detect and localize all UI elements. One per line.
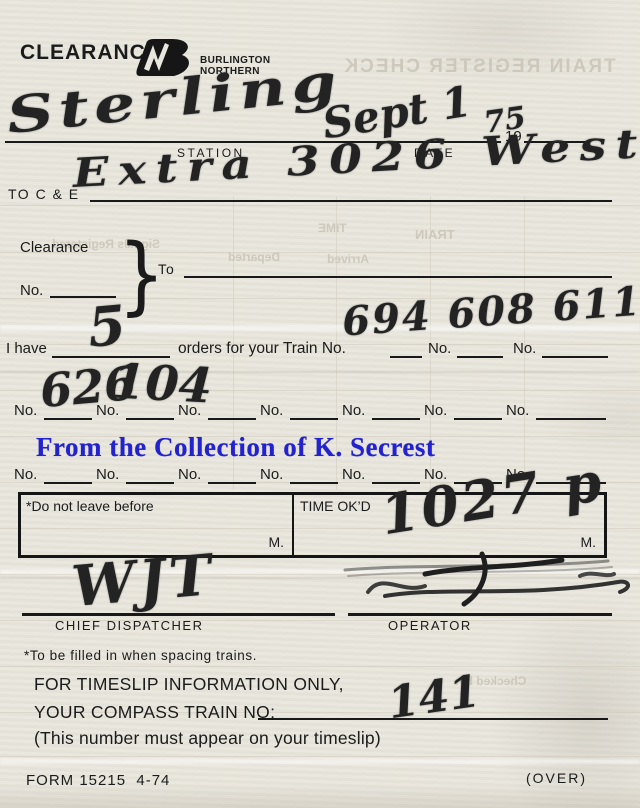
bleed-time: TIME: [318, 221, 347, 235]
clearance-to-line: [184, 276, 612, 278]
timeslip-line3: (This number must appear on your timesli…: [34, 728, 381, 749]
no-label: No.: [424, 402, 447, 419]
handwritten-chief-dispatcher: WJT: [69, 542, 217, 620]
handwritten-orders-count: 5: [85, 292, 128, 359]
no-label: No.: [178, 466, 201, 483]
train-no-line-3: [542, 356, 608, 358]
handwritten-train-nos: 694 608 611: [341, 278, 640, 346]
to-ce-line: [90, 200, 612, 202]
no-label: No.: [14, 402, 37, 419]
timeslip-line1: FOR TIMESLIP INFORMATION ONLY,: [34, 674, 344, 695]
bleed-train: TRAIN: [415, 227, 455, 242]
operator-signature: [330, 540, 640, 618]
form-number: FORM 15215 4-74: [26, 772, 170, 789]
orders-middle-label: orders for your Train No.: [178, 340, 346, 358]
train-no-line-2: [457, 356, 503, 358]
no-label: No.: [506, 402, 529, 419]
do-not-leave-label: *Do not leave before: [26, 498, 154, 514]
chief-dispatcher-line: [22, 613, 335, 616]
no-label: No.: [14, 466, 37, 483]
operator-label: OPERATOR: [388, 618, 472, 633]
to-ce-label: TO C & E: [8, 186, 80, 202]
time-okd-label: TIME OK’D: [300, 498, 371, 514]
bleed-arrived: Arrived: [327, 252, 369, 266]
clearance-form-scan: TRAIN REGISTER CHECK Signals Registered …: [0, 0, 640, 808]
over-label: (OVER): [526, 770, 587, 786]
i-have-label: I have: [6, 340, 47, 357]
no-label: No.: [342, 466, 365, 483]
train-no-label-2: No.: [428, 340, 451, 357]
no-label: No.: [342, 402, 365, 419]
chief-dispatcher-label: CHIEF DISPATCHER: [55, 618, 203, 633]
clearance-to-label: To: [158, 261, 175, 277]
no-label: No.: [96, 466, 119, 483]
clearance-label: Clearance: [20, 239, 88, 256]
train-no-label-3: No.: [513, 340, 536, 357]
train-no-line-1: [390, 356, 422, 358]
clearance-no-label: No.: [20, 282, 43, 299]
collection-watermark: From the Collection of K. Secrest: [36, 432, 435, 463]
handwritten-no-104: 104: [111, 353, 214, 414]
spacing-trains-footnote: *To be filled in when spacing trains.: [24, 648, 257, 663]
no-label: No.: [260, 466, 283, 483]
no-label: No.: [260, 402, 283, 419]
bleed-train-register-check: TRAIN REGISTER CHECK: [336, 56, 622, 78]
timeslip-line2: YOUR COMPASS TRAIN NO:: [34, 702, 275, 723]
m-label-left: M.: [268, 534, 284, 550]
